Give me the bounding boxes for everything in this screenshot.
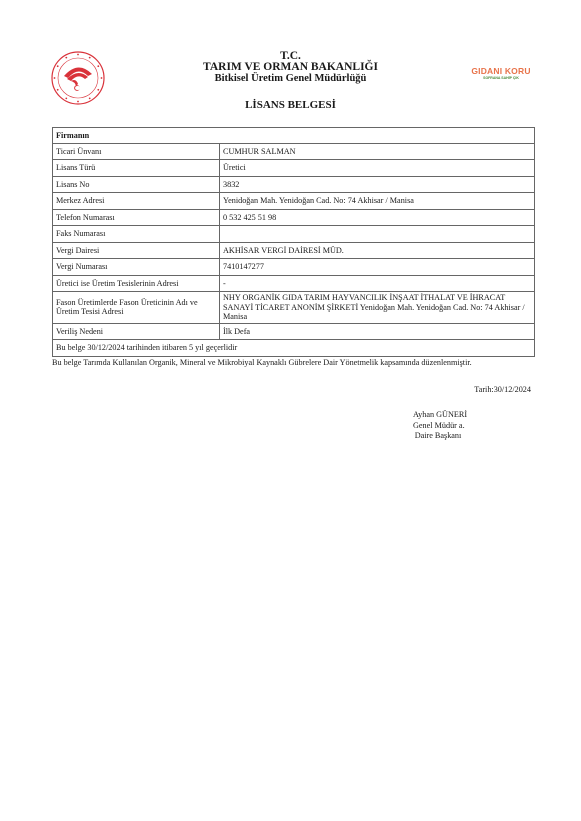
signer-name: Ayhan GÜNERİ xyxy=(413,410,463,421)
section-header: Firmanın xyxy=(53,128,535,144)
signer-title-2: Daire Başkanı xyxy=(413,431,463,442)
row-value: 3832 xyxy=(220,176,535,193)
row-label: Lisans Türü xyxy=(53,160,220,177)
row-label: Veriliş Nedeni xyxy=(53,323,220,340)
table-row: Ticari Ünvanı CUMHUR SALMAN xyxy=(53,143,535,160)
table-row: Telefon Numarası 0 532 425 51 98 xyxy=(53,209,535,226)
row-value: AKHİSAR VERGİ DAİRESİ MÜD. xyxy=(220,242,535,259)
validity-text: Bu belge 30/12/2024 tarihinden itibaren … xyxy=(53,340,535,357)
row-value: Yenidoğan Mah. Yenidoğan Cad. No: 74 Akh… xyxy=(220,193,535,210)
row-label: Lisans No xyxy=(53,176,220,193)
table-row: Veriliş Nedeni İlk Defa xyxy=(53,323,535,340)
table-section-header-row: Firmanın xyxy=(53,128,535,144)
row-label: Vergi Dairesi xyxy=(53,242,220,259)
table-row: Merkez Adresi Yenidoğan Mah. Yenidoğan C… xyxy=(53,193,535,210)
row-label: Vergi Numarası xyxy=(53,259,220,276)
signer-title-1: Genel Müdür a. xyxy=(413,421,463,432)
row-value: İlk Defa xyxy=(220,323,535,340)
row-value: - xyxy=(220,275,535,292)
row-label: Fason Üretimlerde Fason Üreticinin Adı v… xyxy=(53,292,220,324)
header-ministry: TARIM VE ORMAN BAKANLIĞI xyxy=(0,62,581,73)
issue-date: Tarih:30/12/2024 xyxy=(474,385,531,394)
document-header: T.C. TARIM VE ORMAN BAKANLIĞI Bitkisel Ü… xyxy=(0,51,581,111)
row-value: 7410147277 xyxy=(220,259,535,276)
row-value xyxy=(220,226,535,243)
row-value: CUMHUR SALMAN xyxy=(220,143,535,160)
row-label: Faks Numarası xyxy=(53,226,220,243)
document-title: LİSANS BELGESİ xyxy=(0,99,581,111)
table-row: Faks Numarası xyxy=(53,226,535,243)
table-row: Vergi Dairesi AKHİSAR VERGİ DAİRESİ MÜD. xyxy=(53,242,535,259)
table-row: Lisans No 3832 xyxy=(53,176,535,193)
table-row: Fason Üretimlerde Fason Üreticinin Adı v… xyxy=(53,292,535,324)
validity-row: Bu belge 30/12/2024 tarihinden itibaren … xyxy=(53,340,535,357)
row-label: Telefon Numarası xyxy=(53,209,220,226)
row-value: 0 532 425 51 98 xyxy=(220,209,535,226)
row-label: Merkez Adresi xyxy=(53,193,220,210)
table-row: Üretici ise Üretim Tesislerinin Adresi - xyxy=(53,275,535,292)
table-row: Vergi Numarası 7410147277 xyxy=(53,259,535,276)
signature-block: Ayhan GÜNERİ Genel Müdür a. Daire Başkan… xyxy=(413,410,463,442)
row-label: Ticari Ünvanı xyxy=(53,143,220,160)
row-value: NHY ORGANİK GIDA TARIM HAYVANCILIK İNŞAA… xyxy=(220,292,535,324)
row-value: Üretici xyxy=(220,160,535,177)
table-row: Lisans Türü Üretici xyxy=(53,160,535,177)
header-directorate: Bitkisel Üretim Genel Müdürlüğü xyxy=(0,73,581,85)
regulation-note: Bu belge Tarımda Kullanılan Organik, Min… xyxy=(52,358,542,369)
license-table: Firmanın Ticari Ünvanı CUMHUR SALMAN Lis… xyxy=(52,127,535,357)
row-label: Üretici ise Üretim Tesislerinin Adresi xyxy=(53,275,220,292)
